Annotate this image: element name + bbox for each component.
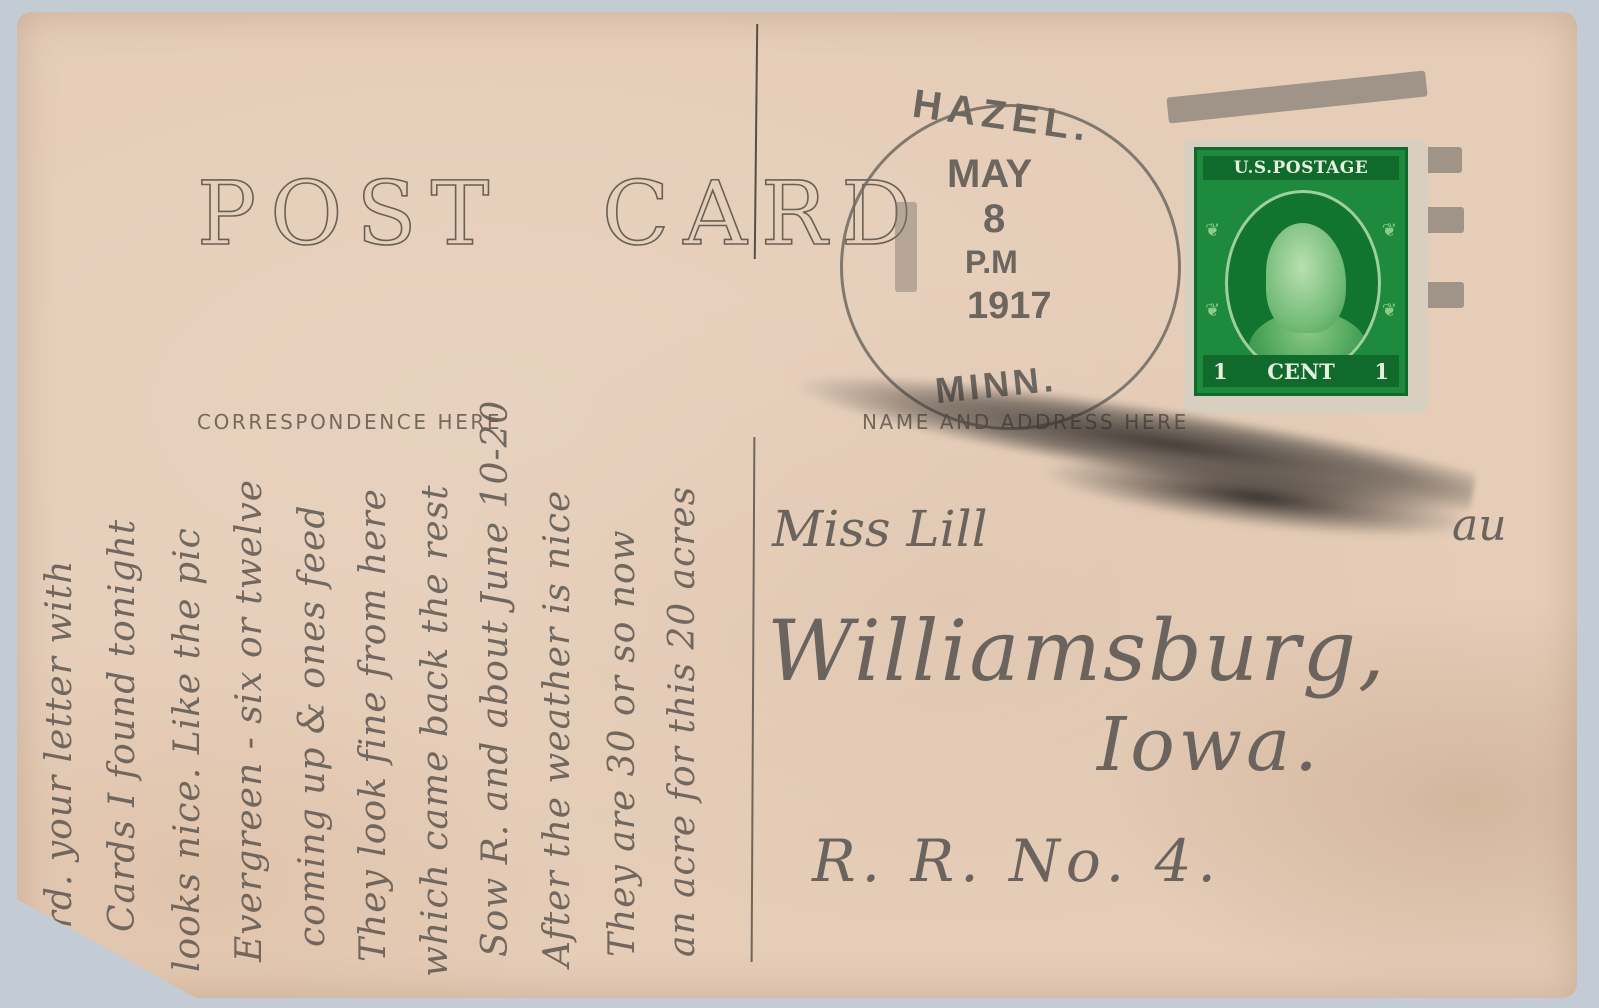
divider-line-lower (751, 437, 756, 962)
handwritten-line: They are 30 or so now (602, 529, 643, 957)
postmark-time: P.M (965, 244, 1018, 281)
handwritten-line: coming up & ones feed (292, 505, 333, 947)
stamp-header: U.S.POSTAGE (1203, 156, 1399, 180)
handwritten-line: After the weather is nice (537, 490, 578, 967)
cancellation-bar (1166, 70, 1427, 123)
address-route: R. R. No. 4. (812, 827, 1222, 895)
handwritten-line: Cards I found tonight (102, 519, 143, 932)
handwritten-line: Sow R. and about June 10-20 (475, 400, 516, 957)
postmark-day: 8 (983, 197, 1005, 242)
stamp-portrait (1225, 190, 1381, 376)
postcard: POST CARD CORRESPONDENCE HERE NAME AND A… (17, 12, 1577, 998)
portrait-head-icon (1266, 223, 1346, 333)
laurel-icon: ❦ (1382, 300, 1397, 321)
denomination-text: CENT (1267, 359, 1335, 384)
handwritten-line: They look fine from here (353, 488, 394, 962)
handwritten-line: looks nice. Like the pic (167, 527, 208, 972)
address-city: Williamsburg, (767, 602, 1387, 700)
laurel-icon: ❦ (1205, 220, 1220, 241)
stamp-denomination: 1 CENT 1 (1203, 355, 1399, 387)
handwritten-line: which came back the rest (415, 484, 456, 977)
denomination-right: 1 (1374, 359, 1389, 384)
postmark-year: 1917 (967, 285, 1052, 328)
handwritten-line: an acre for this 20 acres (662, 486, 703, 957)
handwritten-line: Evergreen - six or twelve (229, 479, 270, 962)
postage-stamp: U.S.POSTAGE ❦ ❦ ❦ ❦ 1 CENT 1 (1184, 139, 1428, 414)
handwritten-line: card. your letter with (39, 560, 80, 972)
stamp-frame: U.S.POSTAGE ❦ ❦ ❦ ❦ 1 CENT 1 (1194, 147, 1408, 396)
laurel-icon: ❦ (1382, 220, 1397, 241)
post-title: POST (197, 162, 503, 265)
address-name: Miss Lill (772, 500, 988, 558)
correspondence-label: CORRESPONDENCE HERE (197, 410, 502, 434)
address-state: Iowa. (1097, 702, 1322, 788)
laurel-icon: ❦ (1205, 300, 1220, 321)
postmark-month: MAY (947, 152, 1032, 197)
denomination-left: 1 (1213, 359, 1228, 384)
